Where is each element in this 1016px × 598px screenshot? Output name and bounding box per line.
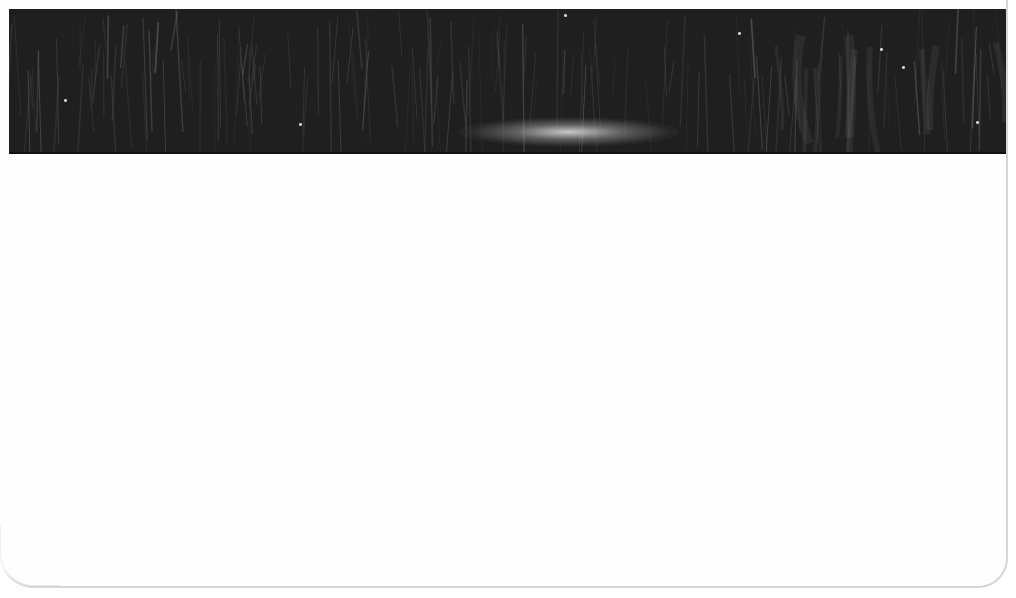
scan-area bbox=[0, 0, 1016, 598]
speck bbox=[64, 99, 67, 102]
card-back bbox=[0, 0, 1008, 588]
speck bbox=[976, 121, 979, 124]
speck bbox=[738, 32, 741, 35]
speck bbox=[299, 123, 302, 126]
speck bbox=[880, 48, 883, 51]
magnetic-stripe bbox=[9, 9, 1008, 154]
stripe-glare bbox=[459, 117, 679, 147]
speck bbox=[902, 66, 905, 69]
stripe-edge bbox=[9, 152, 1008, 154]
speck bbox=[564, 14, 567, 17]
